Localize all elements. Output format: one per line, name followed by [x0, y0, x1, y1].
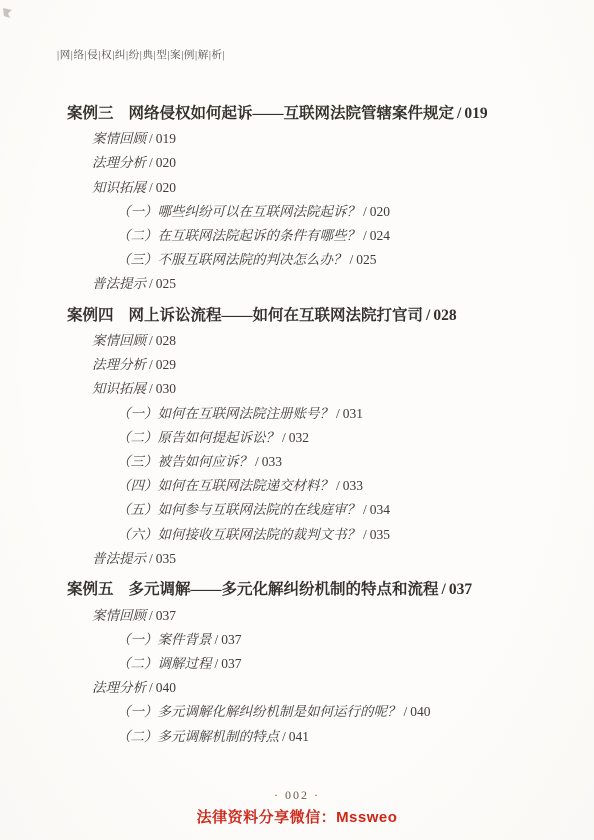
page-separator: / [149, 551, 153, 566]
page-separator: / [215, 656, 219, 671]
toc-section-heading: 案例五多元调解——多元化解纠纷机制的特点和流程/037 [67, 581, 564, 600]
toc-item-text: （二）调解过程 [117, 656, 212, 671]
toc-section-heading: 案例三网络侵权如何起诉——互联网法院管辖案件规定/019 [67, 105, 564, 124]
page-separator: / [350, 252, 354, 267]
toc-item-text: 案情回顾 [92, 333, 146, 348]
page-separator: / [363, 527, 367, 542]
toc-item: （五）如何参与互联网法院的在线庭审？/034 [117, 502, 564, 518]
page-separator: / [404, 704, 408, 719]
toc: 案例三网络侵权如何起诉——互联网法院管辖案件规定/019 案情回顾/019 法理… [67, 105, 564, 745]
toc-item-page: 035 [370, 527, 390, 542]
page-separator: / [336, 478, 340, 493]
toc-item-text: （一）案件背景 [117, 632, 212, 647]
toc-item-text: 案情回顾 [92, 608, 146, 623]
page-separator: / [149, 381, 153, 396]
toc-item-page: 019 [156, 131, 176, 146]
toc-item-text: 法理分析 [92, 357, 146, 372]
toc-item: （二）原告如何提起诉讼？/032 [117, 430, 564, 446]
section-title: 网上诉讼流程——如何在互联网法院打官司 [129, 307, 424, 324]
page-separator: / [149, 680, 153, 695]
toc-item: （一）多元调解化解纠纷机制是如何运行的呢？/040 [117, 704, 564, 720]
toc-section-heading: 案例四网上诉讼流程——如何在互联网法院打官司/028 [67, 307, 564, 326]
section-label: 案例三 [67, 105, 114, 122]
toc-item-text: （三）不服互联网法院的判决怎么办？ [117, 252, 347, 267]
toc-item-text: 法理分析 [92, 680, 146, 695]
toc-item: （二）在互联网法院起诉的条件有哪些？/024 [117, 228, 564, 244]
section-label: 案例五 [67, 581, 114, 598]
toc-item-page: 020 [156, 180, 176, 195]
toc-item: （三）被告如何应诉？/033 [117, 454, 564, 470]
page-separator: / [149, 180, 153, 195]
page-separator: / [363, 228, 367, 243]
page-separator: / [149, 276, 153, 291]
toc-item-text: （一）如何在互联网法院注册账号？ [117, 406, 333, 421]
section-page-number: 019 [464, 105, 487, 122]
page-separator: / [215, 632, 219, 647]
page-separator: / [149, 608, 153, 623]
page-number: · 002 · [0, 788, 594, 803]
toc-item: 案情回顾/028 [92, 333, 564, 349]
page-separator: / [149, 155, 153, 170]
toc-item: （二）调解过程/037 [117, 656, 564, 672]
toc-item-page: 032 [289, 430, 309, 445]
toc-item-text: （四）如何在互联网法院递交材料？ [117, 478, 333, 493]
toc-item-page: 033 [262, 454, 282, 469]
toc-item: 普法提示/025 [92, 276, 564, 292]
toc-item-text: （二）多元调解机制的特点 [117, 729, 279, 744]
toc-item-page: 025 [356, 252, 376, 267]
toc-item-text: （一）哪些纠纷可以在互联网法院起诉？ [117, 204, 360, 219]
running-header: |网|络|侵|权|纠|纷|典|型|案|例|解|析| [57, 50, 564, 63]
toc-item: 知识拓展/030 [92, 381, 564, 397]
toc-item-page: 035 [156, 551, 176, 566]
toc-item: （一）案件背景/037 [117, 632, 564, 648]
watermark-text: 法律资料分享微信：Mssweo [0, 806, 594, 827]
toc-item-text: （二）原告如何提起诉讼？ [117, 430, 279, 445]
toc-item-page: 030 [156, 381, 176, 396]
page-separator: / [363, 502, 367, 517]
toc-item-page: 020 [156, 155, 176, 170]
toc-item: 普法提示/035 [92, 551, 564, 567]
section-title: 网络侵权如何起诉——互联网法院管辖案件规定 [129, 105, 455, 122]
toc-item-page: 040 [156, 680, 176, 695]
page-separator: / [457, 105, 461, 122]
scan-smudge [3, 8, 12, 18]
toc-item-text: 案情回顾 [92, 131, 146, 146]
toc-item-page: 037 [221, 632, 241, 647]
toc-item-page: 041 [289, 729, 309, 744]
toc-item: （四）如何在互联网法院递交材料？/033 [117, 478, 564, 494]
toc-item: 法理分析/020 [92, 155, 564, 171]
page-separator: / [282, 729, 286, 744]
toc-item: 法理分析/040 [92, 680, 564, 696]
toc-item-page: 033 [343, 478, 363, 493]
page-separator: / [255, 454, 259, 469]
toc-item-text: 知识拓展 [92, 381, 146, 396]
toc-item-page: 034 [370, 502, 390, 517]
scanned-book-page: |网|络|侵|权|纠|纷|典|型|案|例|解|析| 案例三网络侵权如何起诉——互… [0, 0, 594, 840]
toc-item-page: 029 [156, 357, 176, 372]
toc-item-page: 025 [156, 276, 176, 291]
toc-item: （二）多元调解机制的特点/041 [117, 729, 564, 745]
toc-item-text: （三）被告如何应诉？ [117, 454, 252, 469]
toc-item: （三）不服互联网法院的判决怎么办？/025 [117, 252, 564, 268]
toc-item-page: 037 [221, 656, 241, 671]
toc-item-text: （六）如何接收互联网法院的裁判文书？ [117, 527, 360, 542]
toc-item-text: （一）多元调解化解纠纷机制是如何运行的呢？ [117, 704, 401, 719]
toc-item: （六）如何接收互联网法院的裁判文书？/035 [117, 527, 564, 543]
toc-item: 案情回顾/037 [92, 608, 564, 624]
toc-item-text: 法理分析 [92, 155, 146, 170]
toc-item: 案情回顾/019 [92, 131, 564, 147]
toc-item-text: （二）在互联网法院起诉的条件有哪些？ [117, 228, 360, 243]
toc-item-page: 031 [343, 406, 363, 421]
toc-item: 知识拓展/020 [92, 180, 564, 196]
section-label: 案例四 [67, 307, 114, 324]
toc-item: 法理分析/029 [92, 357, 564, 373]
toc-item-page: 040 [410, 704, 430, 719]
toc-item-text: 普法提示 [92, 551, 146, 566]
toc-item-page: 020 [370, 204, 390, 219]
page-separator: / [442, 581, 446, 598]
toc-item-text: （五）如何参与互联网法院的在线庭审？ [117, 502, 360, 517]
section-page-number: 028 [433, 307, 456, 324]
toc-item: （一）哪些纠纷可以在互联网法院起诉？/020 [117, 204, 564, 220]
page-separator: / [336, 406, 340, 421]
page-separator: / [363, 204, 367, 219]
toc-item-page: 028 [156, 333, 176, 348]
page-separator: / [426, 307, 430, 324]
toc-item-page: 024 [370, 228, 390, 243]
section-page-number: 037 [449, 581, 472, 598]
page-separator: / [149, 131, 153, 146]
toc-item-page: 037 [156, 608, 176, 623]
page-separator: / [149, 357, 153, 372]
section-title: 多元调解——多元化解纠纷机制的特点和流程 [129, 581, 439, 598]
toc-item-text: 知识拓展 [92, 180, 146, 195]
toc-item-text: 普法提示 [92, 276, 146, 291]
page-separator: / [149, 333, 153, 348]
toc-item: （一）如何在互联网法院注册账号？/031 [117, 406, 564, 422]
page-separator: / [282, 430, 286, 445]
